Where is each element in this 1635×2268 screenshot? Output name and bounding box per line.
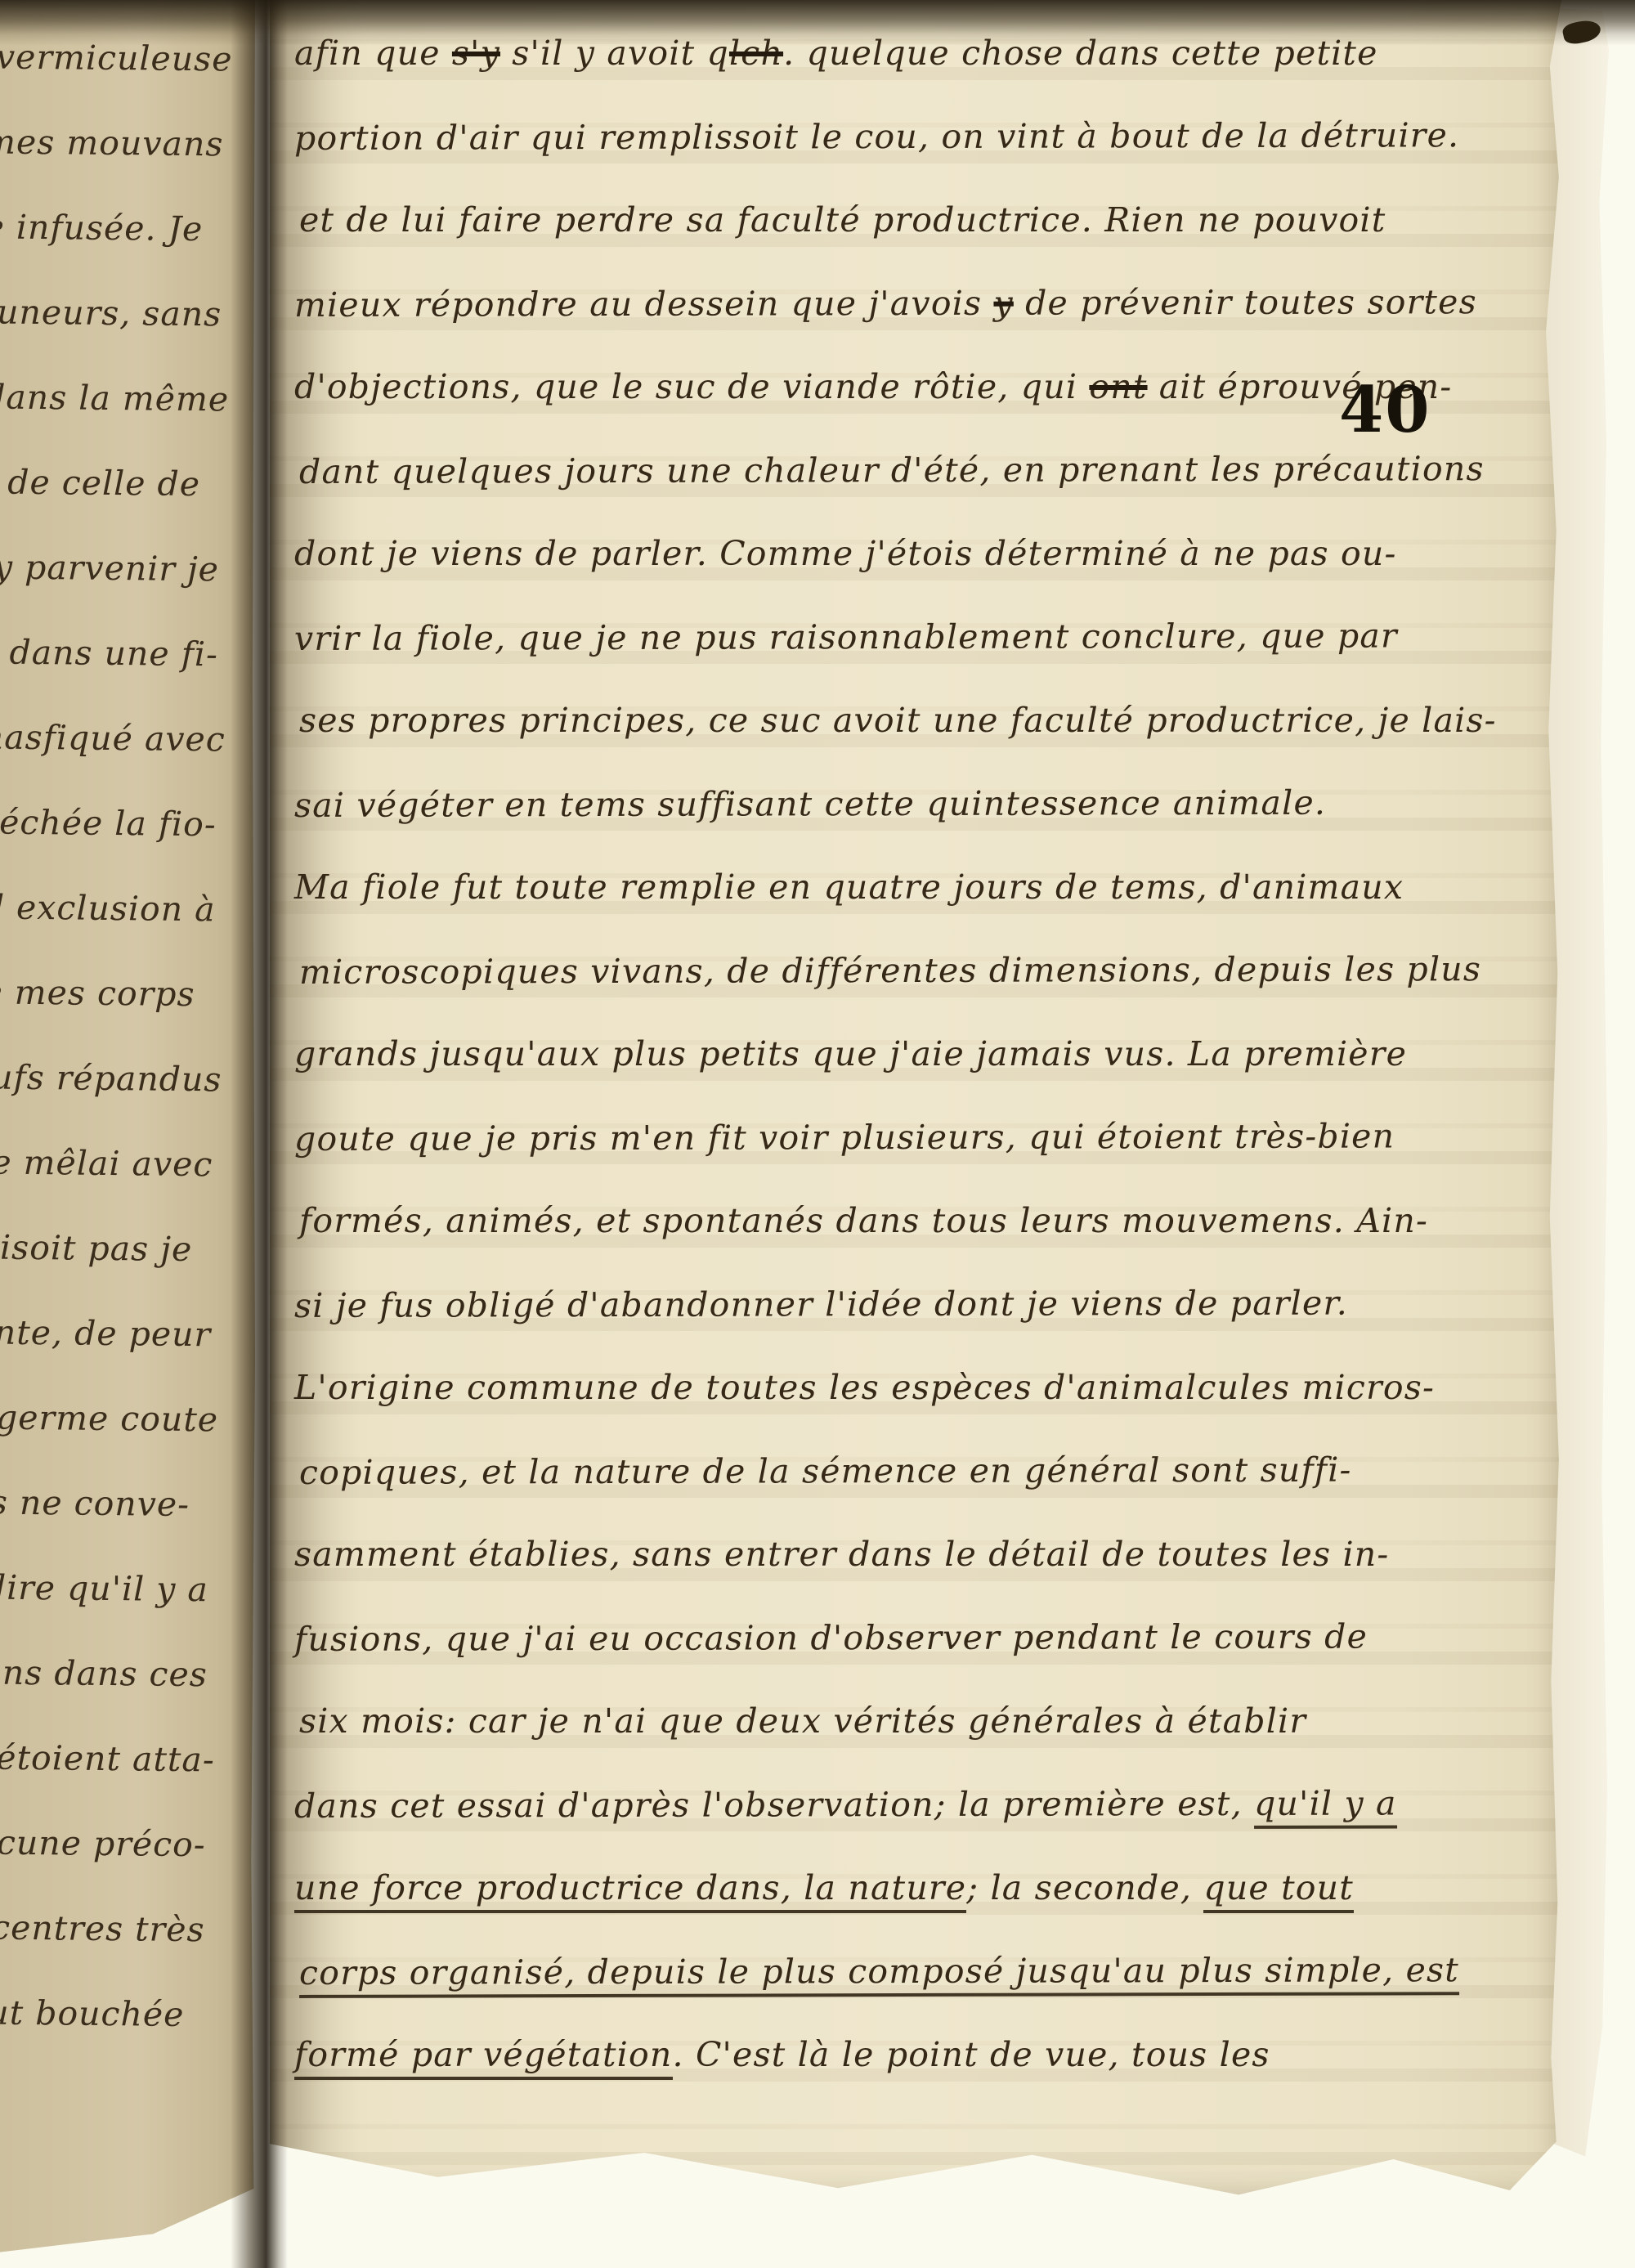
manuscript-line: grands jusqu'aux plus petits que j'aie j… (294, 1012, 1529, 1096)
manuscript-line: Ma fiole fut toute remplie en quatre jou… (294, 845, 1529, 929)
facing-page-line-fragment: ouillante, de peur (0, 1288, 235, 1377)
text-segment: . quelque chose dans cette petite (783, 34, 1378, 73)
facing-page-line-fragment: y parvenir je (0, 522, 243, 612)
facing-page-line-fragment: couneurs, sans (0, 267, 245, 356)
manuscript-line: vrir la fiole, que je ne pus raisonnable… (294, 594, 1529, 680)
facing-page-line-fragment: que mes corps (0, 948, 238, 1037)
text-segment: microscopiques vivans, de différentes di… (299, 949, 1481, 992)
facing-page-line-fragment: e germe coute (0, 1373, 234, 1462)
text-segment: goute que je pris m'en fit voir plusieur… (294, 1116, 1395, 1159)
facing-page-line-fragment: que je mêlai avec (0, 1118, 236, 1207)
text-segment: vrir la fiole, que je ne pus raisonnable… (294, 616, 1398, 658)
struck-text: y (993, 284, 1014, 323)
underlined-text: une force productrice dans, la nature (294, 1868, 966, 1913)
facing-page-line-fragment: d'oeufs répandus (0, 1033, 237, 1122)
page-number: 40 (1339, 373, 1431, 447)
text-segment: six mois: car je n'ai que deux vérités g… (299, 1701, 1306, 1741)
facing-page-line-fragment: nce infusée. Je (0, 182, 246, 271)
manuscript-line: sai végéter en tems suffisant cette quin… (294, 760, 1529, 847)
text-segment: L'origine commune de toutes les espèces … (294, 1368, 1435, 1407)
text-segment: sai végéter en tems suffisant cette quin… (294, 783, 1326, 825)
facing-page-line-fragment: des centres très (0, 1883, 228, 1972)
manuscript-line: corps organisé, depuis le plus composé j… (294, 1928, 1529, 2015)
facing-page-line-fragment: d exclusion à (0, 863, 239, 952)
manuscript-line: L'origine commune de toutes les espèces … (294, 1346, 1529, 1429)
manuscript-line: fusions, que j'ai eu occasion d'observer… (294, 1594, 1529, 1681)
text-segment: Ma fiole fut toute remplie en quatre jou… (294, 867, 1404, 907)
manuscript-line: formés, animés, et spontanés dans tous l… (294, 1179, 1529, 1262)
facing-page-line-fragment: masfiqué avec (0, 693, 240, 782)
underlined-text: formé par végétation (294, 2035, 673, 2080)
text-segment: afin que (294, 34, 452, 73)
text-segment: de prévenir toutes sortes (1014, 282, 1477, 322)
text-segment: s'il y avoit q (500, 34, 729, 73)
manuscript-text: afin que s'y s'il y avoit qlch. quelque … (294, 11, 1529, 2096)
manuscript-line: et de lui faire perdre sa faculté produc… (294, 178, 1529, 262)
manuscript-line: portion d'air qui remplissoit le cou, on… (294, 93, 1529, 180)
text-segment: fusions, que j'ai eu occasion d'observer… (294, 1617, 1368, 1659)
facing-page-line-fragment: séchée la fio- (0, 778, 240, 867)
struck-text: s'y (452, 34, 500, 73)
manuscript-line: microscopiques vivans, de différentes di… (294, 927, 1529, 1014)
struck-text: ont (1089, 367, 1147, 406)
text-segment: ses propres principes, ce suc avoit une … (299, 701, 1497, 740)
facing-page-line-fragment: ubes ne conve- (0, 1458, 233, 1547)
facing-page-line-fragment: vermiculeuse (0, 12, 248, 101)
manuscript-line: six mois: car je n'ai que deux vérités g… (294, 1679, 1529, 1763)
manuscript-line: afin que s'y s'il y avoit qlch. quelque … (294, 11, 1529, 95)
manuscript-line: ses propres principes, ce suc avoit une … (294, 679, 1529, 762)
facing-page-edge: vermiculeuseames mouvansnce infusée. Jec… (0, 0, 255, 2268)
text-segment: portion d'air qui remplissoit le cou, on… (294, 115, 1459, 158)
manuscript-line: copiques, et la nature de la sémence en … (294, 1428, 1529, 1514)
text-segment: ; la seconde, (966, 1868, 1203, 1907)
manuscript-scan: vermiculeuseames mouvansnce infusée. Jec… (0, 0, 1635, 2268)
facing-page-line-fragment: ve de celle de (0, 437, 244, 527)
text-segment: dant quelques jours une chaleur d'été, e… (299, 449, 1485, 491)
text-segment: d'objections, que le suc de viande rôtie… (294, 367, 1089, 406)
underlined-text: qu'il y a (1254, 1783, 1397, 1828)
facing-page-text: vermiculeuseames mouvansnce infusée. Jec… (0, 12, 248, 2057)
facing-page-line-fragment: is dans une fi- (0, 607, 241, 697)
facing-page-line-fragment: elle fut bouchée (0, 1968, 227, 2057)
underlined-text: que tout (1203, 1868, 1354, 1913)
text-segment: si je fus obligé d'abandonner l'idée don… (294, 1284, 1348, 1325)
facing-page-line-fragment: ames mouvans (0, 97, 247, 186)
text-segment: dont je viens de parler. Comme j'étois d… (294, 534, 1397, 573)
manuscript-line: formé par végétation. C'est là le point … (294, 2013, 1529, 2096)
text-segment: copiques, et la nature de la sémence en … (299, 1450, 1352, 1492)
struck-text: lch (729, 34, 783, 73)
text-segment: et de lui faire perdre sa faculté produc… (299, 200, 1386, 240)
facing-page-line-fragment: gés dans la même (0, 352, 244, 441)
manuscript-line: dont je viens de parler. Comme j'étois d… (294, 512, 1529, 595)
manuscript-line: samment établies, sans entrer dans le dé… (294, 1513, 1529, 1596)
manuscript-line: si je fus obligé d'abandonner l'idée don… (294, 1261, 1529, 1347)
facing-page-line-fragment: ni aucune préco- (0, 1798, 229, 1887)
text-segment: . C'est là le point de vue, tous les (673, 2035, 1270, 2074)
manuscript-line: une force productrice dans, la nature; l… (294, 1846, 1529, 1930)
facing-page-line-fragment: y étoient atta- (0, 1713, 230, 1802)
text-segment: mieux répondre au dessein que j'avois (294, 284, 994, 325)
manuscript-line: mieux répondre au dessein que j'avois y … (294, 260, 1529, 347)
manuscript-line: dans cet essai d'après l'observation; la… (294, 1761, 1529, 1848)
manuscript-line: goute que je pris m'en fit voir plusieur… (294, 1094, 1529, 1181)
text-segment: samment établies, sans entrer dans le dé… (294, 1535, 1389, 1574)
facing-page-line-fragment: que dire qu'il y a (0, 1543, 231, 1632)
text-segment: dans cet essai d'après l'observation; la… (294, 1784, 1254, 1826)
underlined-text: corps organisé, depuis le plus composé j… (299, 1950, 1459, 1998)
facing-page-line-fragment: vans dans ces (0, 1628, 231, 1717)
text-segment: formés, animés, et spontanés dans tous l… (299, 1201, 1428, 1240)
text-segment: grands jusqu'aux plus petits que j'aie j… (294, 1034, 1407, 1073)
manuscript-page: afin que s'y s'il y avoit qlch. quelque … (270, 0, 1561, 2212)
facing-page-line-fragment: e faisoit pas je (0, 1203, 235, 1292)
